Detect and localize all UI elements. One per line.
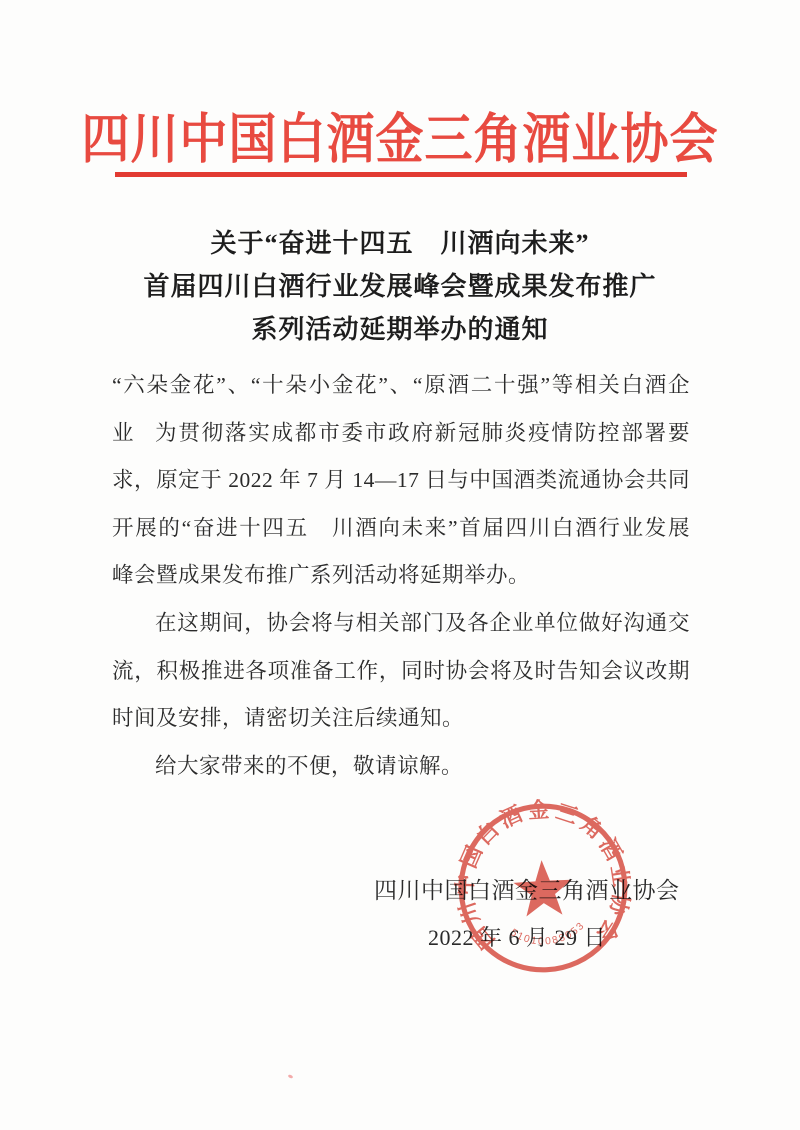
body-line: 求，原定于 2022 年 7 月 14—17 日与中国酒类流通协会共同 <box>112 457 690 505</box>
notice-page: 四川中国白酒金三角酒业协会 关于“奋进十四五 川酒向未来” 首届四川白酒行业发展… <box>0 0 800 1130</box>
notice-title: 关于“奋进十四五 川酒向未来” 首届四川白酒行业发展峰会暨成果发布推广 系列活动… <box>0 222 800 351</box>
letterhead-divider <box>115 172 687 177</box>
notice-title-line-2: 首届四川白酒行业发展峰会暨成果发布推广 <box>0 265 800 308</box>
salutation-line: “六朵金花”、“十朵小金花”、“原酒二十强”等相关白酒企业： <box>112 362 690 410</box>
body-line: 在这期间，协会将与相关部门及各企业单位做好沟通交 <box>112 600 690 648</box>
notice-title-line-3: 系列活动延期举办的通知 <box>0 308 800 351</box>
notice-body: “六朵金花”、“十朵小金花”、“原酒二十强”等相关白酒企业： 为贯彻落实成都市委… <box>112 362 690 790</box>
notice-title-line-1: 关于“奋进十四五 川酒向未来” <box>0 222 800 265</box>
body-line: 为贯彻落实成都市委市政府新冠肺炎疫情防控部署要 <box>112 410 690 458</box>
scan-ink-speck <box>288 1074 294 1079</box>
body-line: 给大家带来的不便，敬请谅解。 <box>112 743 690 791</box>
letterhead-org-name: 四川中国白酒金三角酒业协会 <box>0 96 800 173</box>
body-line: 开展的“奋进十四五 川酒向未来”首届四川白酒行业发展 <box>112 505 690 553</box>
body-line: 时间及安排，请密切关注后续通知。 <box>112 695 690 743</box>
seal-star-icon <box>512 859 573 918</box>
body-line: 流，积极推进各项准备工作，同时协会将及时告知会议改期 <box>112 648 690 696</box>
body-line: 峰会暨成果发布推广系列活动将延期举办。 <box>112 552 690 600</box>
official-seal: 四川中国白酒金三角酒业协会 5101008805315 <box>445 790 640 985</box>
